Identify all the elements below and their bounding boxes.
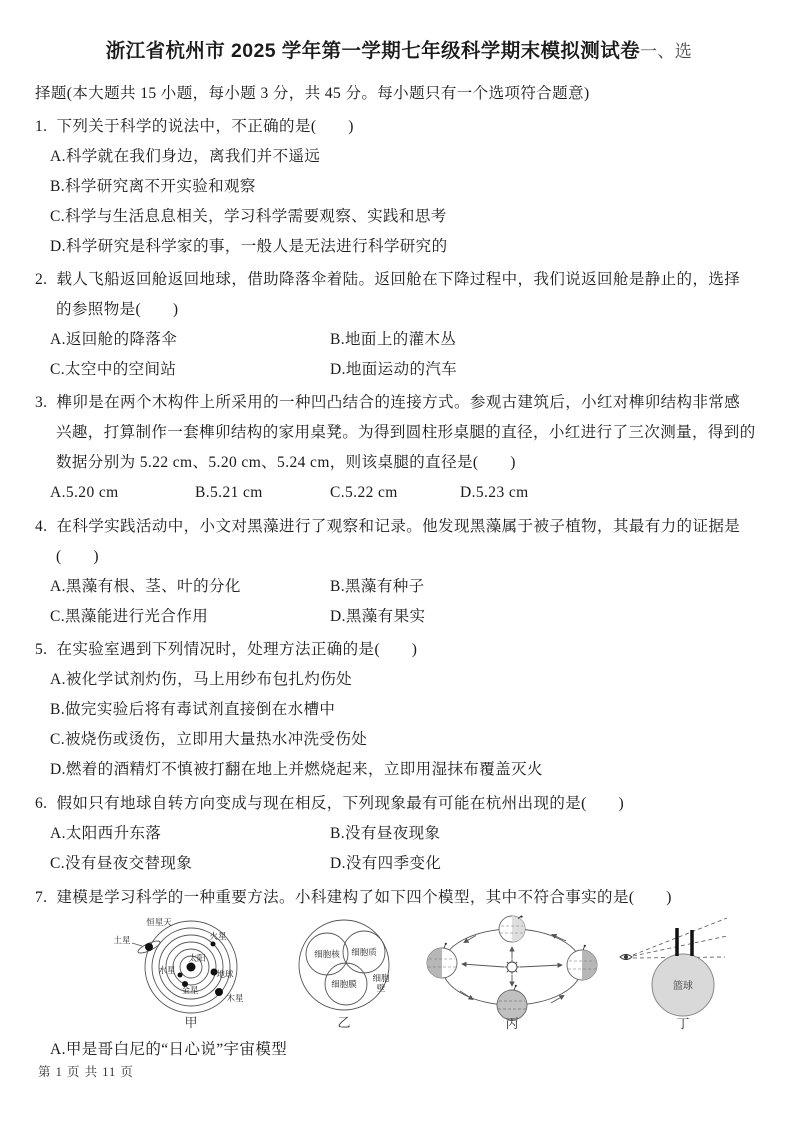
q4-options: A.黑藻有根、茎、叶的分化 B.黑藻有种子 C.黑藻能进行光合作用 D.黑藻有果… [35, 572, 763, 632]
label-cell-wall-line1: 细胞 [372, 973, 390, 983]
question-number: 4. [35, 512, 47, 542]
q2-option-b: B.地面上的灌木丛 [330, 325, 763, 355]
saturn-dot [145, 943, 153, 951]
jupiter-dot [215, 988, 223, 996]
q1-option-b: B.科学研究离不开实验和观察 [35, 172, 763, 202]
question-stem-text: 在实验室遇到下列情况时，处理方法正确的是( ) [56, 641, 417, 658]
question-stem-text: 建模是学习科学的一种重要方法。小科建构了如下四个模型，其中不符合事实的是( ) [56, 889, 671, 906]
question-1: 1.下列关于科学的说法中，不正确的是( ) A.科学就在我们身边，离我们并不遥远… [35, 112, 763, 262]
sight-lines [633, 918, 727, 958]
q5-option-d: D.燃着的酒精灯不慎被打翻在地上并燃烧起来，立即用湿抹布覆盖灭火 [35, 755, 763, 785]
question-2-stem: 2.载人飞船返回舱返回地球，借助降落伞着陆。返回舱在下降过程中，我们说返回舱是静… [35, 265, 763, 295]
question-7: 7.建模是学习科学的一种重要方法。小科建构了如下四个模型，其中不符合事实的是( … [35, 883, 763, 1065]
question-3: 3.榫卯是在两个木构件上所采用的一种凹凸结合的连接方式。参观古建筑后，小红对榫卯… [35, 388, 763, 508]
q6-option-a: A.太阳西升东落 [50, 819, 330, 849]
question-number: 1. [35, 112, 47, 142]
figure-yi-caption: 乙 [337, 1015, 350, 1030]
earth-globe-bottom [497, 985, 527, 1020]
q4-option-b: B.黑藻有种子 [330, 572, 763, 602]
q5-option-a: A.被化学试剂灼伤，马上用纱布包扎灼伤处 [35, 665, 763, 695]
q6-options: A.太阳西升东落 B.没有昼夜现象 C.没有昼夜交替现象 D.没有四季变化 [35, 819, 763, 879]
question-stem-text: 榫卯是在两个木构件上所采用的一种凹凸结合的连接方式。参观古建筑后，小红对榫卯结构… [56, 394, 740, 411]
earth-globe-right [567, 945, 597, 980]
question-6-stem: 6.假如只有地球自转方向变成与现在相反，下列现象最有可能在杭州出现的是( ) [35, 789, 763, 819]
mars-dot [211, 942, 216, 947]
question-1-stem: 1.下列关于科学的说法中，不正确的是( ) [35, 112, 763, 142]
figure-jia-caption: 甲 [184, 1015, 197, 1030]
question-4-stem: 4.在科学实践活动中，小文对黑藻进行了观察和记录。他发现黑藻属于被子植物，其最有… [35, 512, 763, 542]
figure-bing-caption: 丙 [505, 1016, 518, 1031]
question-7-stem: 7.建模是学习科学的一种重要方法。小科建构了如下四个模型，其中不符合事实的是( … [35, 883, 763, 913]
label-cell-wall-line2: 壁 [377, 983, 386, 993]
q2-option-a: A.返回舱的降落伞 [50, 325, 330, 355]
exam-document-page: 浙江省杭州市 2025 学年第一学期七年级科学期末模拟测试卷一、选 择题(本大题… [0, 0, 793, 1122]
label-membrane: 细胞膜 [331, 979, 357, 989]
q6-option-d: D.没有四季变化 [330, 849, 763, 879]
figure-ding-caption: 丁 [676, 1016, 689, 1031]
question-stem-text: 载人飞船返回舱返回地球，借助降落伞着陆。返回舱在下降过程中，我们说返回舱是静止的… [56, 271, 740, 288]
q6-option-c: C.没有昼夜交替现象 [50, 849, 330, 879]
q3-option-b: B.5.21 cm [195, 478, 330, 508]
q2-option-d: D.地面运动的汽车 [330, 355, 763, 385]
saturn-leader-line [132, 943, 142, 946]
exam-title-text: 浙江省杭州市 2025 学年第一学期七年级科学期末模拟测试卷 [106, 40, 640, 62]
q1-option-a: A.科学就在我们身边，离我们并不遥远 [35, 142, 763, 172]
label-celestial-sphere: 恒星天 [146, 917, 172, 927]
label-venus: 金星 [181, 985, 199, 995]
q5-option-b: B.做完实验后将有毒试剂直接倒在水槽中 [35, 695, 763, 725]
question-4: 4.在科学实践活动中，小文对黑藻进行了观察和记录。他发现黑藻属于被子植物，其最有… [35, 512, 763, 632]
question-number: 6. [35, 789, 47, 819]
page-number-footer: 第 1 页 共 11 页 [38, 1062, 134, 1082]
label-mercury: 水星 [158, 965, 176, 975]
figure-ding-basketball-model: 篮球 丁 [619, 915, 734, 1031]
earth-globe-left [427, 943, 457, 978]
question-number: 2. [35, 265, 47, 295]
q3-option-a: A.5.20 cm [50, 478, 195, 508]
question-stem-text: 假如只有地球自转方向变成与现在相反，下列现象最有可能在杭州出现的是( ) [56, 795, 624, 812]
sun-icon [505, 960, 520, 975]
q2-options: A.返回舱的降落伞 B.地面上的灌木丛 C.太空中的空间站 D.地面运动的汽车 [35, 325, 763, 385]
figure-bing-earth-orbit-model: 丙 [420, 915, 605, 1031]
question-5-stem: 5.在实验室遇到下列情况时，处理方法正确的是( ) [35, 635, 763, 665]
earth-globe-top [499, 916, 525, 943]
label-nucleus: 细胞核 [314, 949, 340, 959]
label-mars: 火星 [209, 931, 227, 941]
label-cytoplasm: 细胞质 [351, 947, 377, 957]
question-2: 2.载人飞船返回舱返回地球，借助降落伞着陆。返回舱在下降过程中，我们说返回舱是静… [35, 265, 763, 385]
label-sun: 太阳 [188, 953, 205, 963]
label-saturn: 土星 [113, 935, 131, 945]
question-stem-text: 在科学实践活动中，小文对黑藻进行了观察和记录。他发现黑藻属于被子植物，其最有力的… [56, 518, 740, 535]
question-stem-text: 下列关于科学的说法中，不正确的是( ) [56, 118, 353, 135]
q1-option-d: D.科学研究是科学家的事，一般人是无法进行科学研究的 [35, 232, 763, 262]
q4-option-a: A.黑藻有根、茎、叶的分化 [50, 572, 330, 602]
q7-option-a: A.甲是哥白尼的“日心说”宇宙模型 [35, 1035, 763, 1065]
q6-option-b: B.没有昼夜现象 [330, 819, 763, 849]
question-number: 7. [35, 883, 47, 913]
cell-circles [299, 920, 389, 1010]
q4-option-c: C.黑藻能进行光合作用 [50, 602, 330, 632]
page-content: 浙江省杭州市 2025 学年第一学期七年级科学期末模拟测试卷一、选 择题(本大题… [0, 0, 793, 1065]
question-3-stem: 3.榫卯是在两个木构件上所采用的一种凹凸结合的连接方式。参观古建筑后，小红对榫卯… [35, 388, 763, 418]
question-5: 5.在实验室遇到下列情况时，处理方法正确的是( ) A.被化学试剂灼伤，马上用纱… [35, 635, 763, 785]
question-3-stem-line2: 兴趣，打算制作一套榫卯结构的家用桌凳。为得到圆柱形桌腿的直径，小红进行了三次测量… [35, 418, 763, 448]
q3-options: A.5.20 cm B.5.21 cm C.5.22 cm D.5.23 cm [35, 478, 763, 508]
cell-outer-circle [299, 920, 389, 1010]
q2-option-c: C.太空中的空间站 [50, 355, 330, 385]
label-jupiter: 木星 [226, 993, 244, 1003]
sun-dot [187, 963, 196, 972]
label-basketball: 篮球 [673, 979, 693, 992]
question-2-stem-line2: 的参照物是( ) [35, 295, 763, 325]
q3-option-c: C.5.22 cm [330, 478, 460, 508]
label-earth: 地球 [216, 969, 234, 979]
mercury-dot [178, 973, 183, 978]
question-6: 6.假如只有地球自转方向变成与现在相反，下列现象最有可能在杭州出现的是( ) A… [35, 789, 763, 879]
q7-figures-row: 恒星天 土星 火星 太阳 水星 地球 金星 木星 甲 [107, 915, 763, 1035]
question-3-stem-line3: 数据分别为 5.22 cm、5.20 cm、5.24 cm，则该桌腿的直径是( … [35, 448, 763, 478]
figure-jia-heliocentric-model: 恒星天 土星 火星 太阳 水星 地球 金星 木星 甲 [107, 915, 272, 1031]
section-instructions: 择题(本大题共 15 小题，每小题 3 分，共 45 分。每小题只有一个选项符合… [35, 79, 763, 109]
question-number: 5. [35, 635, 47, 665]
question-number: 3. [35, 388, 47, 418]
q4-option-d: D.黑藻有果实 [330, 602, 763, 632]
stick-markers [677, 928, 692, 956]
eye-icon [620, 955, 632, 960]
q1-option-c: C.科学与生活息息相关，学习科学需要观察、实践和思考 [35, 202, 763, 232]
figure-yi-cell-model: 细胞核 细胞质 细胞膜 细胞 壁 乙 [286, 915, 406, 1031]
section-heading-fragment: 一、选 [640, 42, 692, 61]
page-title: 浙江省杭州市 2025 学年第一学期七年级科学期末模拟测试卷一、选 [35, 34, 763, 69]
q5-option-c: C.被烧伤或烫伤，立即用大量热水冲洗受伤处 [35, 725, 763, 755]
question-4-stem-line2: ( ) [35, 542, 763, 572]
q3-option-d: D.5.23 cm [460, 478, 763, 508]
